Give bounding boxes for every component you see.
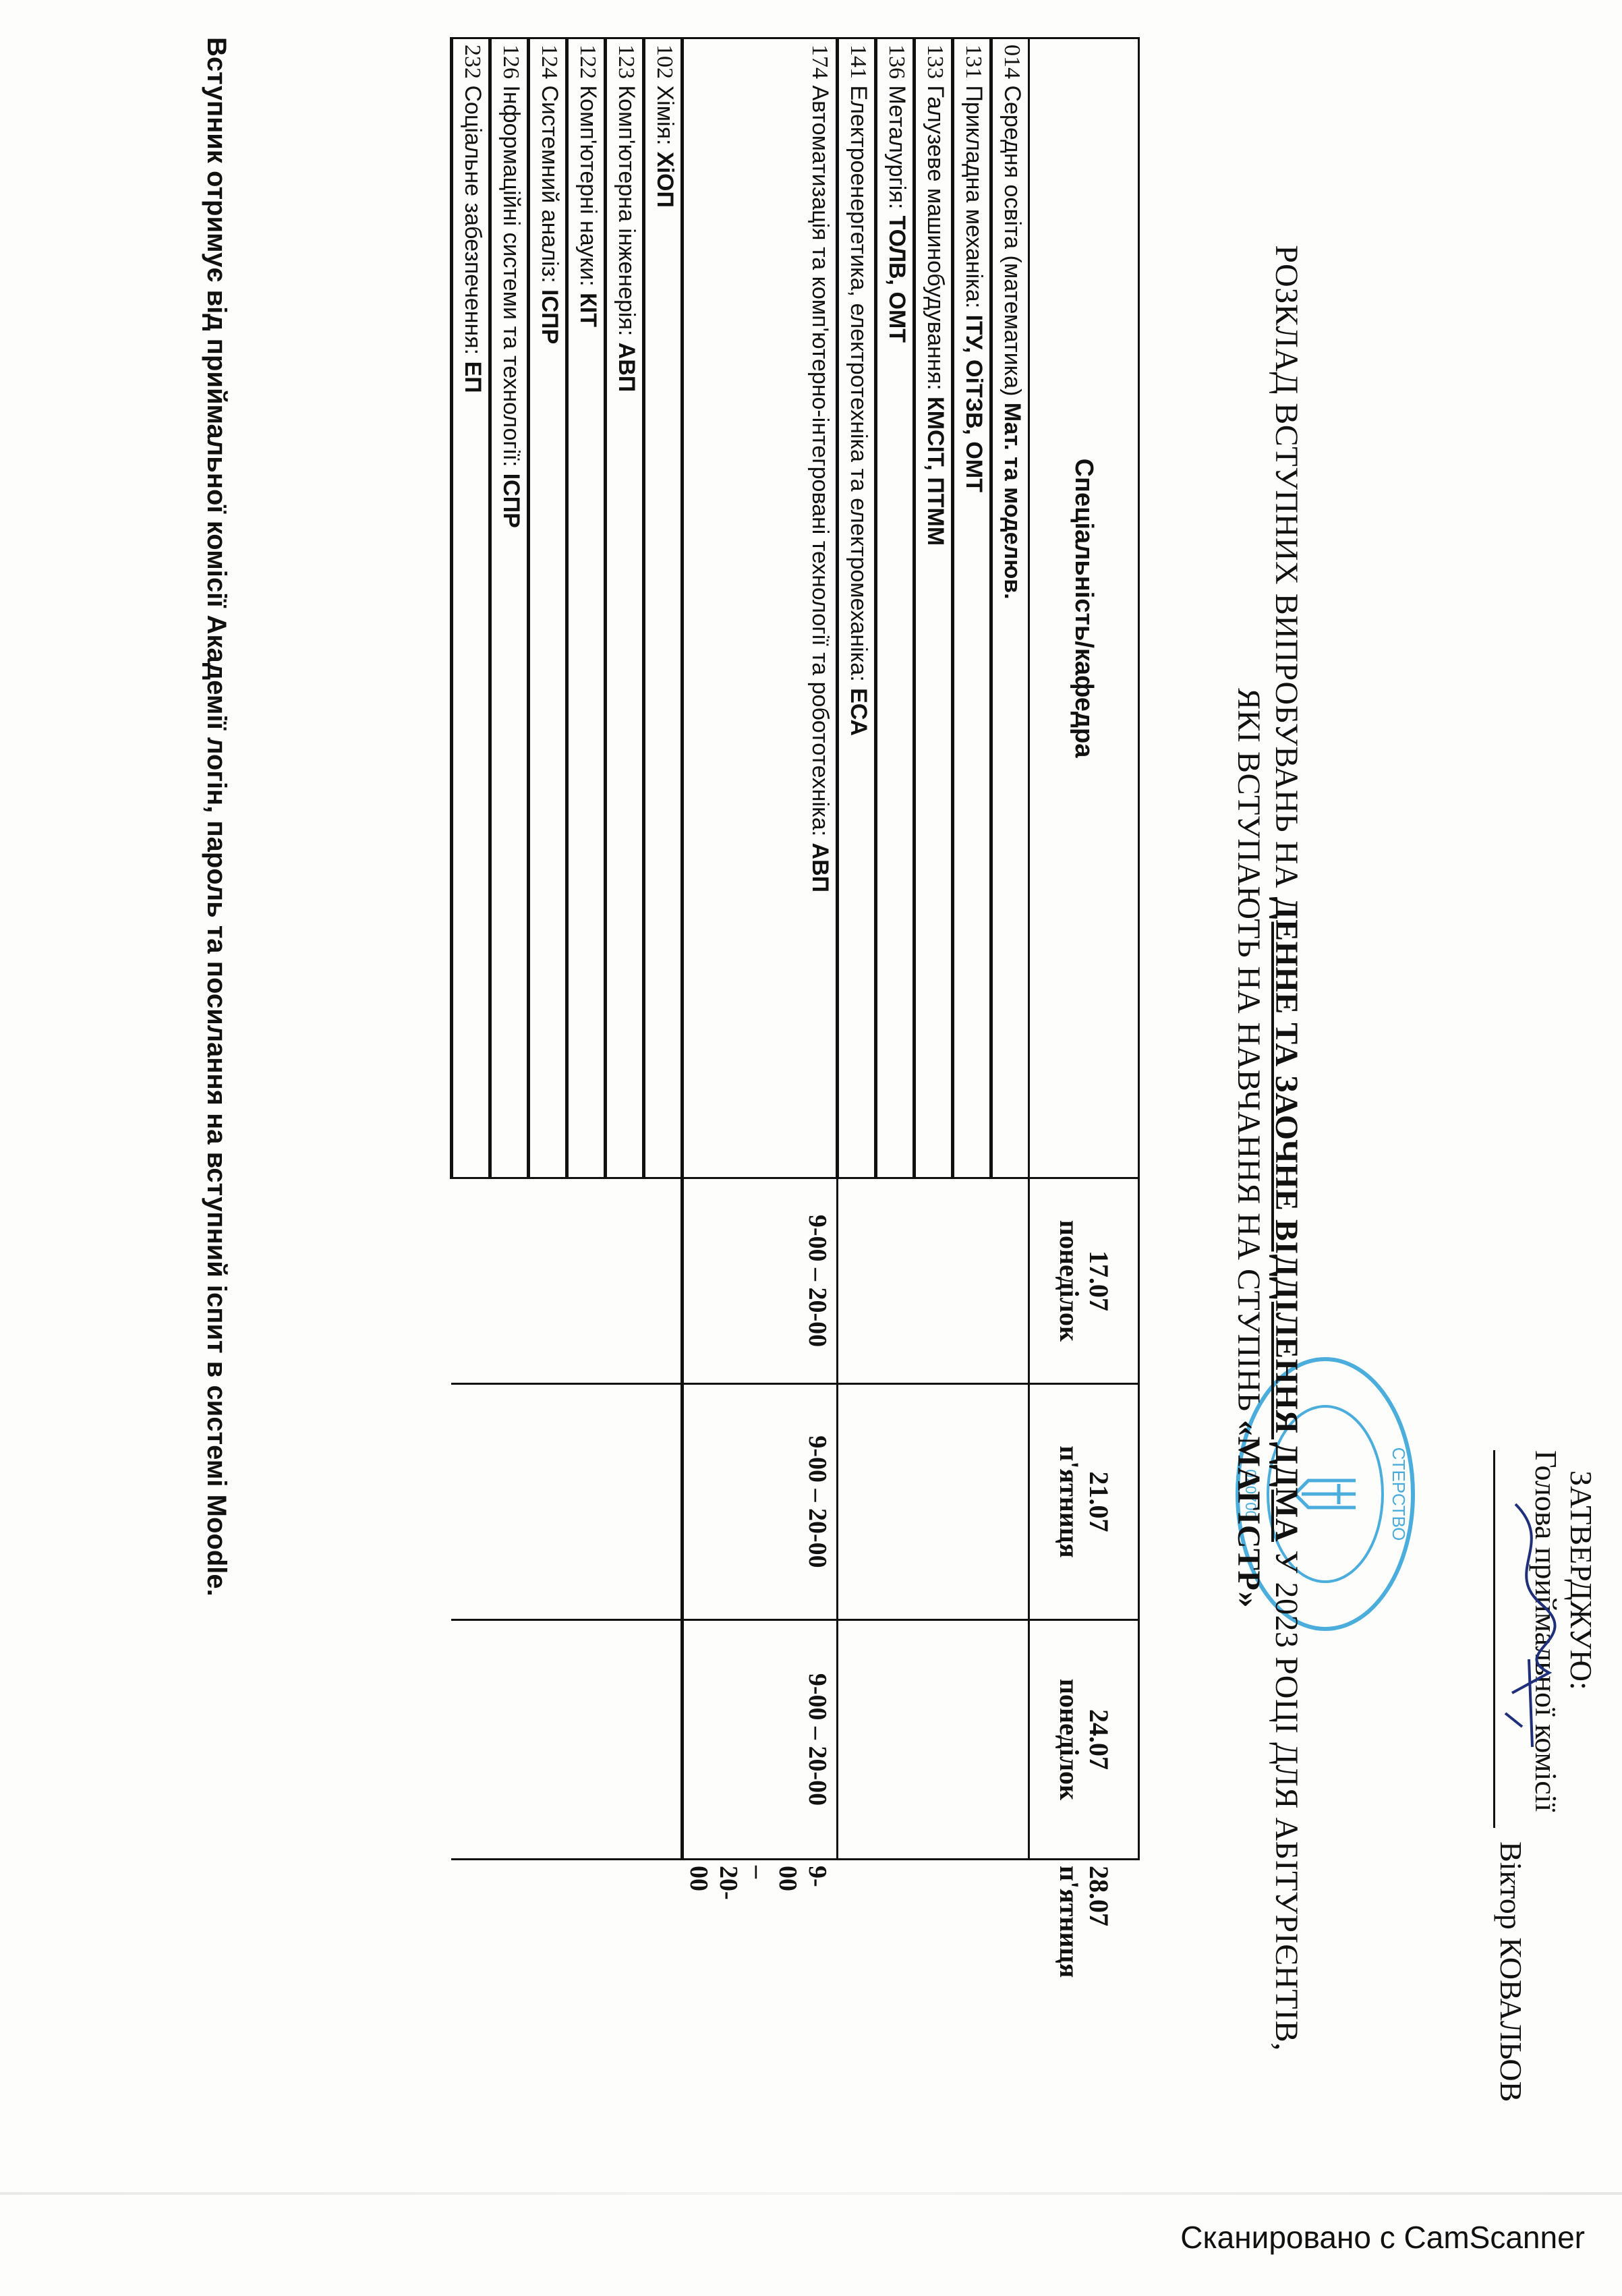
empty-slot xyxy=(644,1620,683,1860)
specialty-code: 136 xyxy=(884,45,909,79)
specialty-name: Комп'ютерні науки: xyxy=(575,85,601,286)
specialty-name: Металургія: xyxy=(884,85,910,209)
empty-slot xyxy=(876,1620,915,1860)
table-row: 131 Прикладна механіка: ІТУ, ОіТЗВ, ОМТ xyxy=(953,38,991,1860)
specialty-code: 133 xyxy=(923,45,948,79)
table-body: 014 Середня освіта (математика) Мат. та … xyxy=(452,38,1029,1860)
empty-slot xyxy=(915,1384,953,1620)
department-abbr: АВП xyxy=(807,843,833,893)
specialty-name: Інформаційні системи та технології: xyxy=(498,85,524,467)
empty-slot xyxy=(838,1384,876,1620)
header-specialty: Спеціальність/кафедра xyxy=(1029,38,1139,1178)
department-abbr: ІСПР xyxy=(498,473,524,528)
header-weekday: понеділок xyxy=(1054,1184,1084,1377)
handwritten-signature-icon xyxy=(1495,1491,1569,1774)
specialty-cell: 174 Автоматизація та комп'ютерно-інтегро… xyxy=(683,38,838,1178)
department-abbr: ЕСА xyxy=(846,688,871,736)
specialty-name: Електроенергетика, електротехніка та еле… xyxy=(846,85,871,681)
header-date-21-07: 21.07п'ятниця xyxy=(1029,1384,1139,1620)
empty-slot xyxy=(606,1178,644,1384)
empty-slot xyxy=(838,1620,876,1860)
table-row: 141 Електроенергетика, електротехніка та… xyxy=(838,38,876,1860)
specialty-cell: 136 Металургія: ТОЛВ, ОМТ xyxy=(876,38,915,1178)
specialty-code: 122 xyxy=(575,45,600,79)
empty-slot xyxy=(490,1178,529,1384)
empty-slot xyxy=(567,1384,606,1620)
header-date-24-07: 24.07понеділок xyxy=(1029,1620,1139,1860)
table-row: 136 Металургія: ТОЛВ, ОМТ xyxy=(876,38,915,1860)
empty-slot xyxy=(915,1620,953,1860)
empty-slot xyxy=(490,1384,529,1620)
header-weekday: п'ятниця xyxy=(1054,1390,1084,1613)
specialty-code: 014 xyxy=(1000,45,1024,79)
specialty-name: Прикладна механіка: xyxy=(961,85,987,308)
department-abbr: АВП xyxy=(614,343,639,393)
empty-slot xyxy=(529,1620,567,1860)
specialty-code: 174 xyxy=(807,45,832,79)
empty-slot xyxy=(991,1178,1029,1384)
specialty-code: 124 xyxy=(537,45,562,79)
specialty-code: 126 xyxy=(498,45,523,79)
title-degree: «МАГІСТР» xyxy=(1231,1420,1267,1608)
specialty-cell: 141 Електроенергетика, електротехніка та… xyxy=(838,38,876,1178)
camscanner-watermark: Сканировано с CamScanner xyxy=(1180,2219,1585,2256)
specialty-name: Системний аналіз: xyxy=(537,85,562,283)
scanned-document-page: ЗАТВЕРДЖУЮ: Голова приймальної комісії В… xyxy=(0,0,1622,2296)
svg-text:СТЕРСТВО: СТЕРСТВО xyxy=(1389,1447,1409,1541)
empty-slot xyxy=(606,1620,644,1860)
department-abbr: КМСІТ, ПТММ xyxy=(923,397,948,546)
document-title: РОЗКЛАД ВСТУПНИХ ВИПРОБУВАНЬ НА ДЕННЕ ТА… xyxy=(1229,0,1305,2296)
specialty-name: Автоматизація та комп'ютерно-інтегровані… xyxy=(807,85,833,836)
specialty-cell: 232 Соціальне забезпечення: ЕП xyxy=(452,38,490,1178)
moodle-note: Вступник отримує від приймальної комісії… xyxy=(200,37,233,2263)
signature-row: Віктор КОВАЛЬОВ xyxy=(1493,1450,1528,2192)
approval-block: ЗАТВЕРДЖУЮ: Голова приймальної комісії В… xyxy=(1493,1450,1598,2192)
empty-slot xyxy=(991,1620,1029,1860)
table-row: 232 Соціальне забезпечення: ЕП xyxy=(452,38,490,1860)
table-header-row: Спеціальність/кафедра 17.07понеділок21.0… xyxy=(1029,38,1139,1860)
empty-slot xyxy=(644,1178,683,1384)
table-row: 123 Комп'ютерна інженерія: АВП xyxy=(606,38,644,1860)
empty-slot xyxy=(953,1178,991,1384)
specialty-code: 131 xyxy=(961,45,986,79)
exam-time-slot: 9-00 – 20-00 xyxy=(683,1384,838,1620)
specialty-code: 102 xyxy=(652,45,677,79)
title-line-1: РОЗКЛАД ВСТУПНИХ ВИПРОБУВАНЬ НА ДЕННЕ ТА… xyxy=(1267,0,1305,2296)
title-department-emphasis: ДЕННЕ ТА ЗАОЧНЕ ВІДДІЛЕННЯ ДДМА xyxy=(1269,897,1304,1542)
empty-slot xyxy=(953,1384,991,1620)
header-date-17-07: 17.07понеділок xyxy=(1029,1178,1139,1384)
specialty-code: 123 xyxy=(614,45,639,79)
specialty-code: 232 xyxy=(460,45,485,79)
specialty-name: Середня освіта (математика) xyxy=(1000,85,1025,396)
header-date: 17.07 xyxy=(1084,1184,1113,1377)
scan-edge-divider xyxy=(0,2192,1622,2195)
empty-slot xyxy=(876,1178,915,1384)
specialty-cell: 014 Середня освіта (математика) Мат. та … xyxy=(991,38,1029,1178)
table-row: 126 Інформаційні системи та технології: … xyxy=(490,38,529,1860)
empty-slot xyxy=(915,1178,953,1384)
table-row: 133 Галузеве машинобудування: КМСІТ, ПТМ… xyxy=(915,38,953,1860)
signature-line xyxy=(1493,1450,1522,1828)
empty-slot xyxy=(490,1620,529,1860)
header-date: 24.07 xyxy=(1084,1626,1113,1853)
empty-slot xyxy=(452,1384,490,1620)
department-abbr: ХіОП xyxy=(652,152,678,208)
empty-slot xyxy=(606,1384,644,1620)
specialty-cell: 133 Галузеве машинобудування: КМСІТ, ПТМ… xyxy=(915,38,953,1178)
department-abbr: ЕП xyxy=(460,362,486,393)
empty-slot xyxy=(452,1620,490,1860)
exam-time-slot: 9-00 – 20-00 xyxy=(683,1178,838,1384)
specialty-cell: 102 Хімія: ХіОП xyxy=(644,38,683,1178)
header-weekday: понеділок xyxy=(1054,1626,1084,1853)
specialty-cell: 124 Системний аналіз: ІСПР xyxy=(529,38,567,1178)
specialty-name: Соціальне забезпечення: xyxy=(460,85,486,355)
approver-name: Віктор КОВАЛЬОВ xyxy=(1493,1841,1528,2102)
specialty-name: Галузеве машинобудування: xyxy=(923,85,948,390)
table-row: 102 Хімія: ХіОП xyxy=(644,38,683,1860)
empty-slot xyxy=(991,1384,1029,1620)
header-date: 21.07 xyxy=(1084,1390,1113,1613)
empty-slot xyxy=(567,1178,606,1384)
title-line-2: ЯКІ ВСТУПАЮТЬ НА НАВЧАННЯ НА СТУПІНЬ «МА… xyxy=(1229,0,1267,2296)
specialty-name: Хімія: xyxy=(652,85,678,145)
department-abbr: ІСПР xyxy=(537,289,562,344)
empty-slot xyxy=(953,1620,991,1860)
department-abbr: ТОЛВ, ОМТ xyxy=(884,216,910,343)
empty-slot xyxy=(452,1178,490,1384)
specialty-cell: 122 Комп'ютерні науки: КІТ xyxy=(567,38,606,1178)
empty-slot xyxy=(838,1178,876,1384)
department-abbr: КІТ xyxy=(575,293,601,327)
department-abbr: ІТУ, ОіТЗВ, ОМТ xyxy=(961,315,987,492)
exam-time-slot: 9-00 – 20-00 xyxy=(683,1620,838,1860)
specialty-code: 141 xyxy=(846,45,871,79)
table-row: 174 Автоматизація та комп'ютерно-інтегро… xyxy=(683,38,838,1860)
department-abbr: Мат. та моделюв. xyxy=(1000,403,1025,600)
empty-slot xyxy=(567,1620,606,1860)
empty-slot xyxy=(876,1384,915,1620)
table-row: 014 Середня освіта (математика) Мат. та … xyxy=(991,38,1029,1860)
empty-slot xyxy=(529,1384,567,1620)
empty-slot xyxy=(529,1178,567,1384)
exam-schedule-table: Спеціальність/кафедра 17.07понеділок21.0… xyxy=(450,37,1140,1860)
empty-slot xyxy=(644,1384,683,1620)
specialty-cell: 131 Прикладна механіка: ІТУ, ОіТЗВ, ОМТ xyxy=(953,38,991,1178)
specialty-cell: 123 Комп'ютерна інженерія: АВП xyxy=(606,38,644,1178)
table-row: 122 Комп'ютерні науки: КІТ xyxy=(567,38,606,1860)
specialty-cell: 126 Інформаційні системи та технології: … xyxy=(490,38,529,1178)
specialty-name: Комп'ютерна інженерія: xyxy=(614,85,639,336)
table-row: 124 Системний аналіз: ІСПР xyxy=(529,38,567,1860)
